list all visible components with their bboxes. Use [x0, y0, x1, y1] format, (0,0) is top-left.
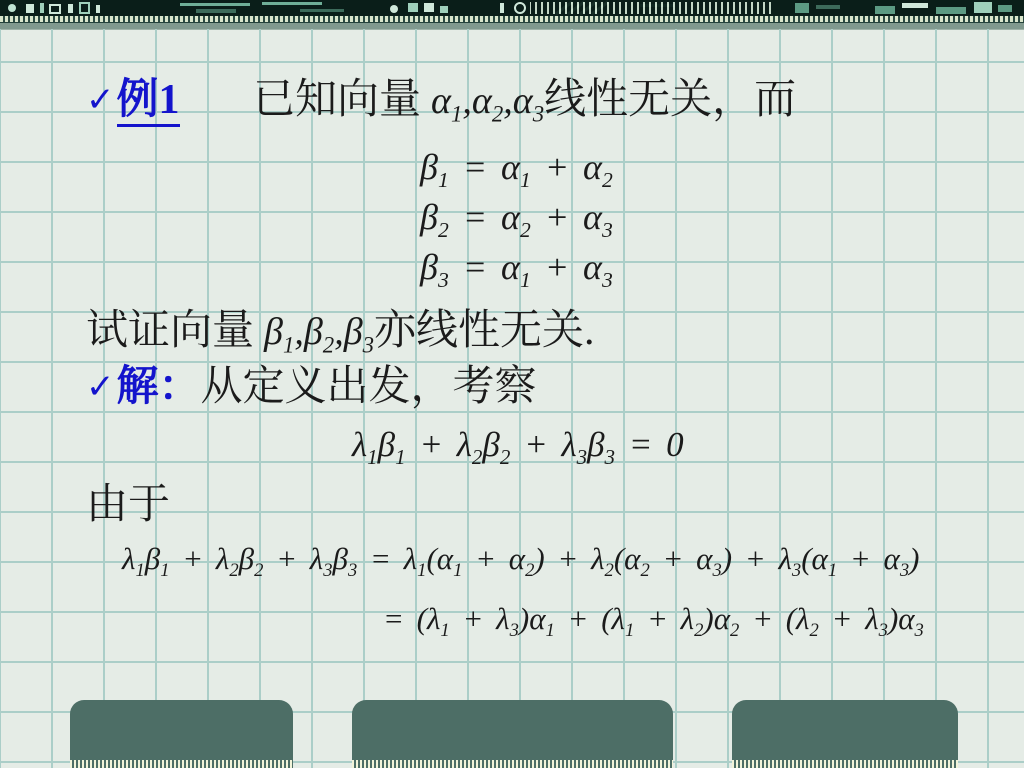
intro-post: 线性无关，而: [544, 77, 796, 123]
example-heading: ✓例1: [86, 76, 180, 124]
solution-text: 从定义出发，考察: [201, 364, 537, 410]
equation-system: β1 = α1 + α2 β2 = α2 + α3 β3 = α1 + α3: [420, 142, 613, 292]
slide-content: ✓例1 已知向量α1,α2,α3线性无关，而 β1 = α1 + α2 β2 =…: [0, 29, 1024, 768]
equation-beta2: β2 = α2 + α3: [420, 192, 613, 242]
check-icon: ✓: [86, 80, 115, 120]
equation-beta1: β1 = α1 + α2: [420, 142, 613, 192]
claim-sentence: 试证向量β1,β2,β3亦线性无关.: [86, 307, 595, 355]
circuit-texture-graphic: [0, 0, 1024, 16]
intro-math: α1,α2,α3: [431, 80, 544, 122]
since-label: 由于: [86, 481, 170, 529]
claim-pre: 试证向量: [86, 308, 254, 354]
slide-canvas: ✓例1 已知向量α1,α2,α3线性无关，而 β1 = α1 + α2 β2 =…: [0, 0, 1024, 768]
check-icon: ✓: [86, 367, 115, 407]
intro-sentence: 已知向量α1,α2,α3线性无关，而: [253, 76, 796, 124]
nav-button-1[interactable]: [70, 700, 293, 768]
nav-button-2[interactable]: [352, 700, 673, 768]
equation-beta3: β3 = α1 + α3: [420, 242, 613, 292]
equation-consider: λ1β1 + λ2β2 + λ3β3 = 0: [352, 425, 684, 465]
button-fringe: [732, 760, 958, 768]
solution-line: ✓解：从定义出发，考察: [86, 363, 537, 411]
ruler-tick-strip: [0, 16, 1024, 23]
example-label[interactable]: 例1: [117, 77, 180, 127]
button-fringe: [70, 760, 293, 768]
derivation-line-2: = (λ1 + λ3)α1 + (λ1 + λ2)α2 + (λ2 + λ3)α…: [383, 601, 924, 637]
intro-pre: 已知向量: [253, 77, 421, 123]
derivation-line-1: λ1β1 + λ2β2 + λ3β3 = λ1(α1 + α2) + λ2(α2…: [122, 541, 919, 577]
nav-button-3[interactable]: [732, 700, 958, 768]
button-fringe: [352, 760, 673, 768]
circuit-texture-band: [0, 0, 1024, 16]
claim-post: 亦线性无关.: [374, 308, 595, 354]
claim-math: β1,β2,β3: [264, 311, 374, 353]
solution-label: 解：: [117, 364, 201, 410]
